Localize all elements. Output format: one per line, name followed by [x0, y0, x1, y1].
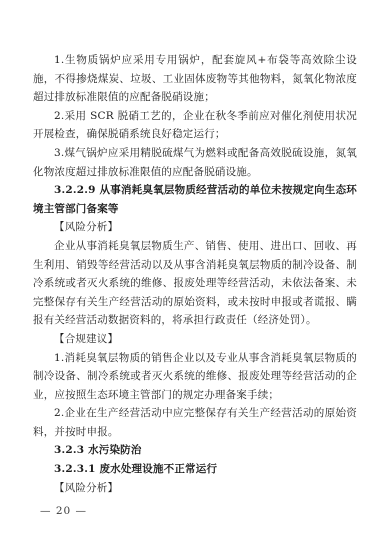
compliance-advice-label: 【合规建议】 — [33, 330, 357, 349]
paragraph-boiler-item-2: 2.采用 SCR 脱硝工艺的，企业在秋冬季前应对催化剂使用状况开展检查，确保脱硝… — [33, 107, 357, 144]
section-heading-3231: 3.2.3.1 废水处理设施不正常运行 — [33, 460, 357, 479]
page-number: — 20 — — [40, 505, 87, 517]
risk-analysis-paragraph: 企业从事消耗臭氧层物质生产、销售、使用、进出口、回收、再生利用、销毁等经营活动以… — [33, 237, 357, 330]
paragraph-boiler-item-1: 1.生物质锅炉应采用专用锅炉，配套旋风+布袋等高效除尘设施，不得掺烧煤炭、垃圾、… — [33, 51, 357, 107]
document-content: 1.生物质锅炉应采用专用锅炉，配套旋风+布袋等高效除尘设施，不得掺烧煤炭、垃圾、… — [33, 51, 357, 497]
document-page: 1.生物质锅炉应采用专用锅炉，配套旋风+布袋等高效除尘设施，不得掺烧煤炭、垃圾、… — [0, 0, 390, 551]
risk-analysis-label: 【风险分析】 — [33, 218, 357, 237]
compliance-advice-item-1: 1.消耗臭氧层物质的销售企业以及专业从事含消耗臭氧层物质的制冷设备、制冷系统或者… — [33, 349, 357, 405]
compliance-advice-item-2: 2.企业在生产经营活动中应完整保存有关生产经营活动的原始资料，并按时申报。 — [33, 404, 357, 441]
paragraph-boiler-item-3: 3.煤气锅炉应采用精脱硫煤气为燃料或配备高效脱硫设施，氮氧化物浓度超过排放标准限… — [33, 144, 357, 181]
risk-analysis-label-2: 【风险分析】 — [33, 479, 357, 498]
section-heading-323: 3.2.3 水污染防治 — [33, 441, 357, 460]
section-heading-3229: 3.2.2.9 从事消耗臭氧层物质经营活动的单位未按规定向生态环境主管部门备案等 — [33, 181, 357, 218]
